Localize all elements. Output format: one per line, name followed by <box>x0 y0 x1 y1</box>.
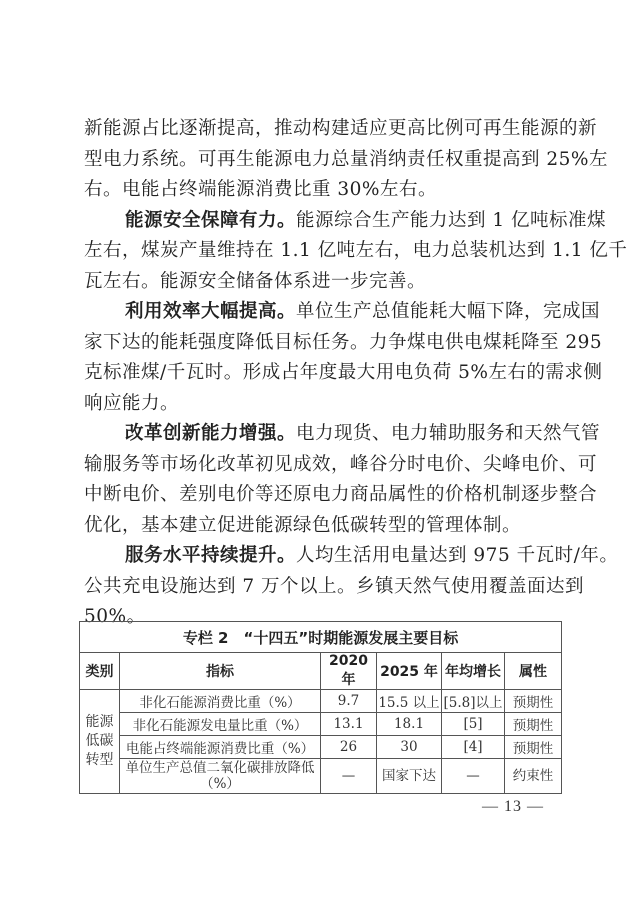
column-header-indicator: 指标 <box>120 653 321 690</box>
paragraph-heading: 能源安全保障有力。 <box>125 210 296 231</box>
indicator-line: （%） <box>120 776 320 792</box>
category-line: 转型 <box>80 751 119 770</box>
document-page: 新能源占比逐渐提高，推动构建适应更高比例可再生能源的新 型电力系统。可再生能源电… <box>0 0 640 905</box>
text-line: 优化，基本建立促进能源绿色低碳转型的管理体制。 <box>84 511 556 542</box>
value-2020-cell: — <box>321 759 377 794</box>
paragraph-first-line: 能源安全保障有力。能源综合生产能力达到 1 亿吨标准煤 <box>84 206 556 237</box>
paragraph-heading: 利用效率大幅提高。 <box>125 301 296 322</box>
text-line: 输服务等市场化改革初见成效，峰谷分时电价、尖峰电价、可 <box>84 450 556 481</box>
text-line: 公共充电设施达到 7 万个以上。乡镇天然气使用覆盖面达到 <box>84 572 556 603</box>
value-2020-cell: 26 <box>321 736 377 759</box>
category-cell: 能源 低碳 转型 <box>80 690 120 794</box>
text-line: 瓦左右。能源安全储备体系进一步完善。 <box>84 267 556 298</box>
text-run: 人均生活用电量达到 975 千瓦时/年。 <box>296 545 618 566</box>
table-caption: 专栏 2 “十四五”时期能源发展主要目标 <box>80 622 562 653</box>
value-2020-cell: 13.1 <box>321 713 377 736</box>
body-text: 新能源占比逐渐提高，推动构建适应更高比例可再生能源的新 型电力系统。可再生能源电… <box>84 114 556 633</box>
attribute-cell: 约束性 <box>505 759 562 794</box>
paragraph-heading: 服务水平持续提升。 <box>125 545 296 566</box>
energy-targets-table: 专栏 2 “十四五”时期能源发展主要目标 类别 指标 2020 年 2025 年… <box>79 621 562 794</box>
table-row: 能源 低碳 转型 非化石能源消费比重（%） 9.7 15.5 以上 [5.8]以… <box>80 690 562 713</box>
paragraph-heading: 改革创新能力增强。 <box>125 423 296 444</box>
category-line: 低碳 <box>80 732 119 751</box>
paragraph-first-line: 服务水平持续提升。人均生活用电量达到 975 千瓦时/年。 <box>84 541 556 572</box>
value-2020-cell: 9.7 <box>321 690 377 713</box>
indicator-line: 单位生产总值二氧化碳排放降低 <box>120 760 320 776</box>
attribute-cell: 预期性 <box>505 690 562 713</box>
text-line: 响应能力。 <box>84 389 556 420</box>
targets-table-container: 专栏 2 “十四五”时期能源发展主要目标 类别 指标 2020 年 2025 年… <box>79 621 561 794</box>
growth-cell: [5] <box>442 713 505 736</box>
value-2025-cell: 30 <box>377 736 442 759</box>
value-2025-cell: 15.5 以上 <box>377 690 442 713</box>
table-row: 非化石能源发电量比重（%） 13.1 18.1 [5] 预期性 <box>80 713 562 736</box>
text-run: 单位生产总值能耗大幅下降，完成国 <box>296 301 600 322</box>
indicator-cell: 非化石能源发电量比重（%） <box>120 713 321 736</box>
growth-cell: — <box>442 759 505 794</box>
text-line: 家下达的能耗强度降低目标任务。力争煤电供电煤耗降至 295 <box>84 328 556 359</box>
value-2025-cell: 国家下达 <box>377 759 442 794</box>
paragraph-first-line: 利用效率大幅提高。单位生产总值能耗大幅下降，完成国 <box>84 297 556 328</box>
column-header-attribute: 属性 <box>505 653 562 690</box>
table-header-row: 类别 指标 2020 年 2025 年 年均增长 属性 <box>80 653 562 690</box>
text-line: 克标准煤/千瓦时。形成占年度最大用电负荷 5%左右的需求侧 <box>84 358 556 389</box>
indicator-cell: 电能占终端能源消费比重（%） <box>120 736 321 759</box>
value-2025-cell: 18.1 <box>377 713 442 736</box>
text-run: 能源综合生产能力达到 1 亿吨标准煤 <box>296 210 606 231</box>
text-line: 左右，煤炭产量维持在 1.1 亿吨左右，电力总装机达到 1.1 亿千 <box>84 236 556 267</box>
text-line: 右。电能占终端能源消费比重 30%左右。 <box>84 175 556 206</box>
text-line: 新能源占比逐渐提高，推动构建适应更高比例可再生能源的新 <box>84 114 556 145</box>
column-header-2020: 2020 年 <box>321 653 377 690</box>
table-row: 单位生产总值二氧化碳排放降低 （%） — 国家下达 — 约束性 <box>80 759 562 794</box>
column-header-2025: 2025 年 <box>377 653 442 690</box>
column-header-annual-growth: 年均增长 <box>442 653 505 690</box>
growth-cell: [4] <box>442 736 505 759</box>
paragraph-first-line: 改革创新能力增强。电力现货、电力辅助服务和天然气管 <box>84 419 556 450</box>
column-header-category: 类别 <box>80 653 120 690</box>
text-line: 中断电价、差别电价等还原电力商品属性的价格机制逐步整合 <box>84 480 556 511</box>
table-caption-row: 专栏 2 “十四五”时期能源发展主要目标 <box>80 622 562 653</box>
growth-cell: [5.8]以上 <box>442 690 505 713</box>
attribute-cell: 预期性 <box>505 713 562 736</box>
attribute-cell: 预期性 <box>505 736 562 759</box>
page-number: — 13 — <box>482 798 544 816</box>
category-line: 能源 <box>80 713 119 732</box>
text-run: 电力现货、电力辅助服务和天然气管 <box>296 423 600 444</box>
indicator-cell: 非化石能源消费比重（%） <box>120 690 321 713</box>
table-row: 电能占终端能源消费比重（%） 26 30 [4] 预期性 <box>80 736 562 759</box>
text-line: 型电力系统。可再生能源电力总量消纳责任权重提高到 25%左 <box>84 145 556 176</box>
indicator-cell: 单位生产总值二氧化碳排放降低 （%） <box>120 759 321 794</box>
